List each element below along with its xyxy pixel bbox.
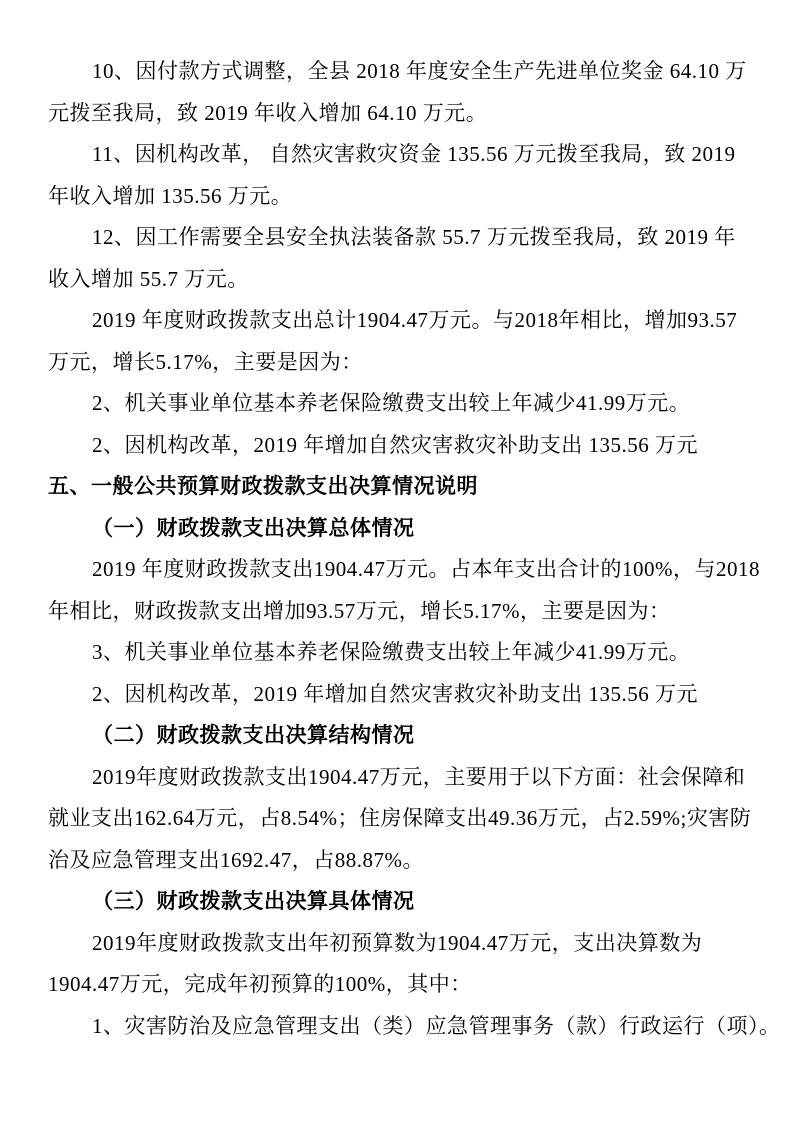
section-heading: （三）财政拨款支出决算具体情况 [48,881,773,923]
paragraph-line: 2、因机构改革，2019 年增加自然灾害救灾补助支出 135.56 万元 [48,425,773,467]
paragraph-line: 1、灾害防治及应急管理支出（类）应急管理事务（款）行政运行（项）。 [48,1006,773,1048]
paragraph-line: 2019年度财政拨款支出年初预算数为1904.47万元，支出决算数为 [48,923,773,965]
paragraph-line: 元拨至我局，致 2019 年收入增加 64.10 万元。 [48,93,773,135]
document-page: 10、因付款方式调整，全县 2018 年度安全生产先进单位奖金 64.10 万元… [0,0,793,1122]
paragraph-line: 1904.47万元，完成年初预算的100%，其中： [48,964,773,1006]
paragraph-line: 年收入增加 135.56 万元。 [48,176,773,218]
section-heading: 五、一般公共预算财政拨款支出决算情况说明 [48,466,773,508]
paragraph-line: 万元，增长5.17%，主要是因为： [48,342,773,384]
paragraph-line: 治及应急管理支出1692.47，占88.87%。 [48,840,773,882]
paragraph-line: 年相比，财政拨款支出增加93.57万元，增长5.17%，主要是因为： [48,591,773,633]
paragraph-line: 2019 年度财政拨款支出1904.47万元。占本年支出合计的100%，与201… [48,549,773,591]
paragraph-line: 2、机关事业单位基本养老保险缴费支出较上年减少41.99万元。 [48,383,773,425]
paragraph-line: 12、因工作需要全县安全执法装备款 55.7 万元拨至我局，致 2019 年 [48,217,773,259]
paragraph-line: 就业支出162.64万元，占8.54%；住房保障支出49.36万元，占2.59%… [48,798,773,840]
paragraph-line: 2、因机构改革，2019 年增加自然灾害救灾补助支出 135.56 万元 [48,674,773,716]
paragraph-line: 2019年度财政拨款支出1904.47万元，主要用于以下方面：社会保障和 [48,757,773,799]
paragraph-line: 11、因机构改革， 自然灾害救灾资金 135.56 万元拨至我局，致 2019 [48,134,773,176]
paragraph-line: 3、机关事业单位基本养老保险缴费支出较上年减少41.99万元。 [48,632,773,674]
paragraph-line: 收入增加 55.7 万元。 [48,259,773,301]
paragraph-line: 10、因付款方式调整，全县 2018 年度安全生产先进单位奖金 64.10 万 [48,51,773,93]
paragraph-line: 2019 年度财政拨款支出总计1904.47万元。与2018年相比，增加93.5… [48,300,773,342]
section-heading: （二）财政拨款支出决算结构情况 [48,715,773,757]
section-heading: （一）财政拨款支出决算总体情况 [48,508,773,550]
